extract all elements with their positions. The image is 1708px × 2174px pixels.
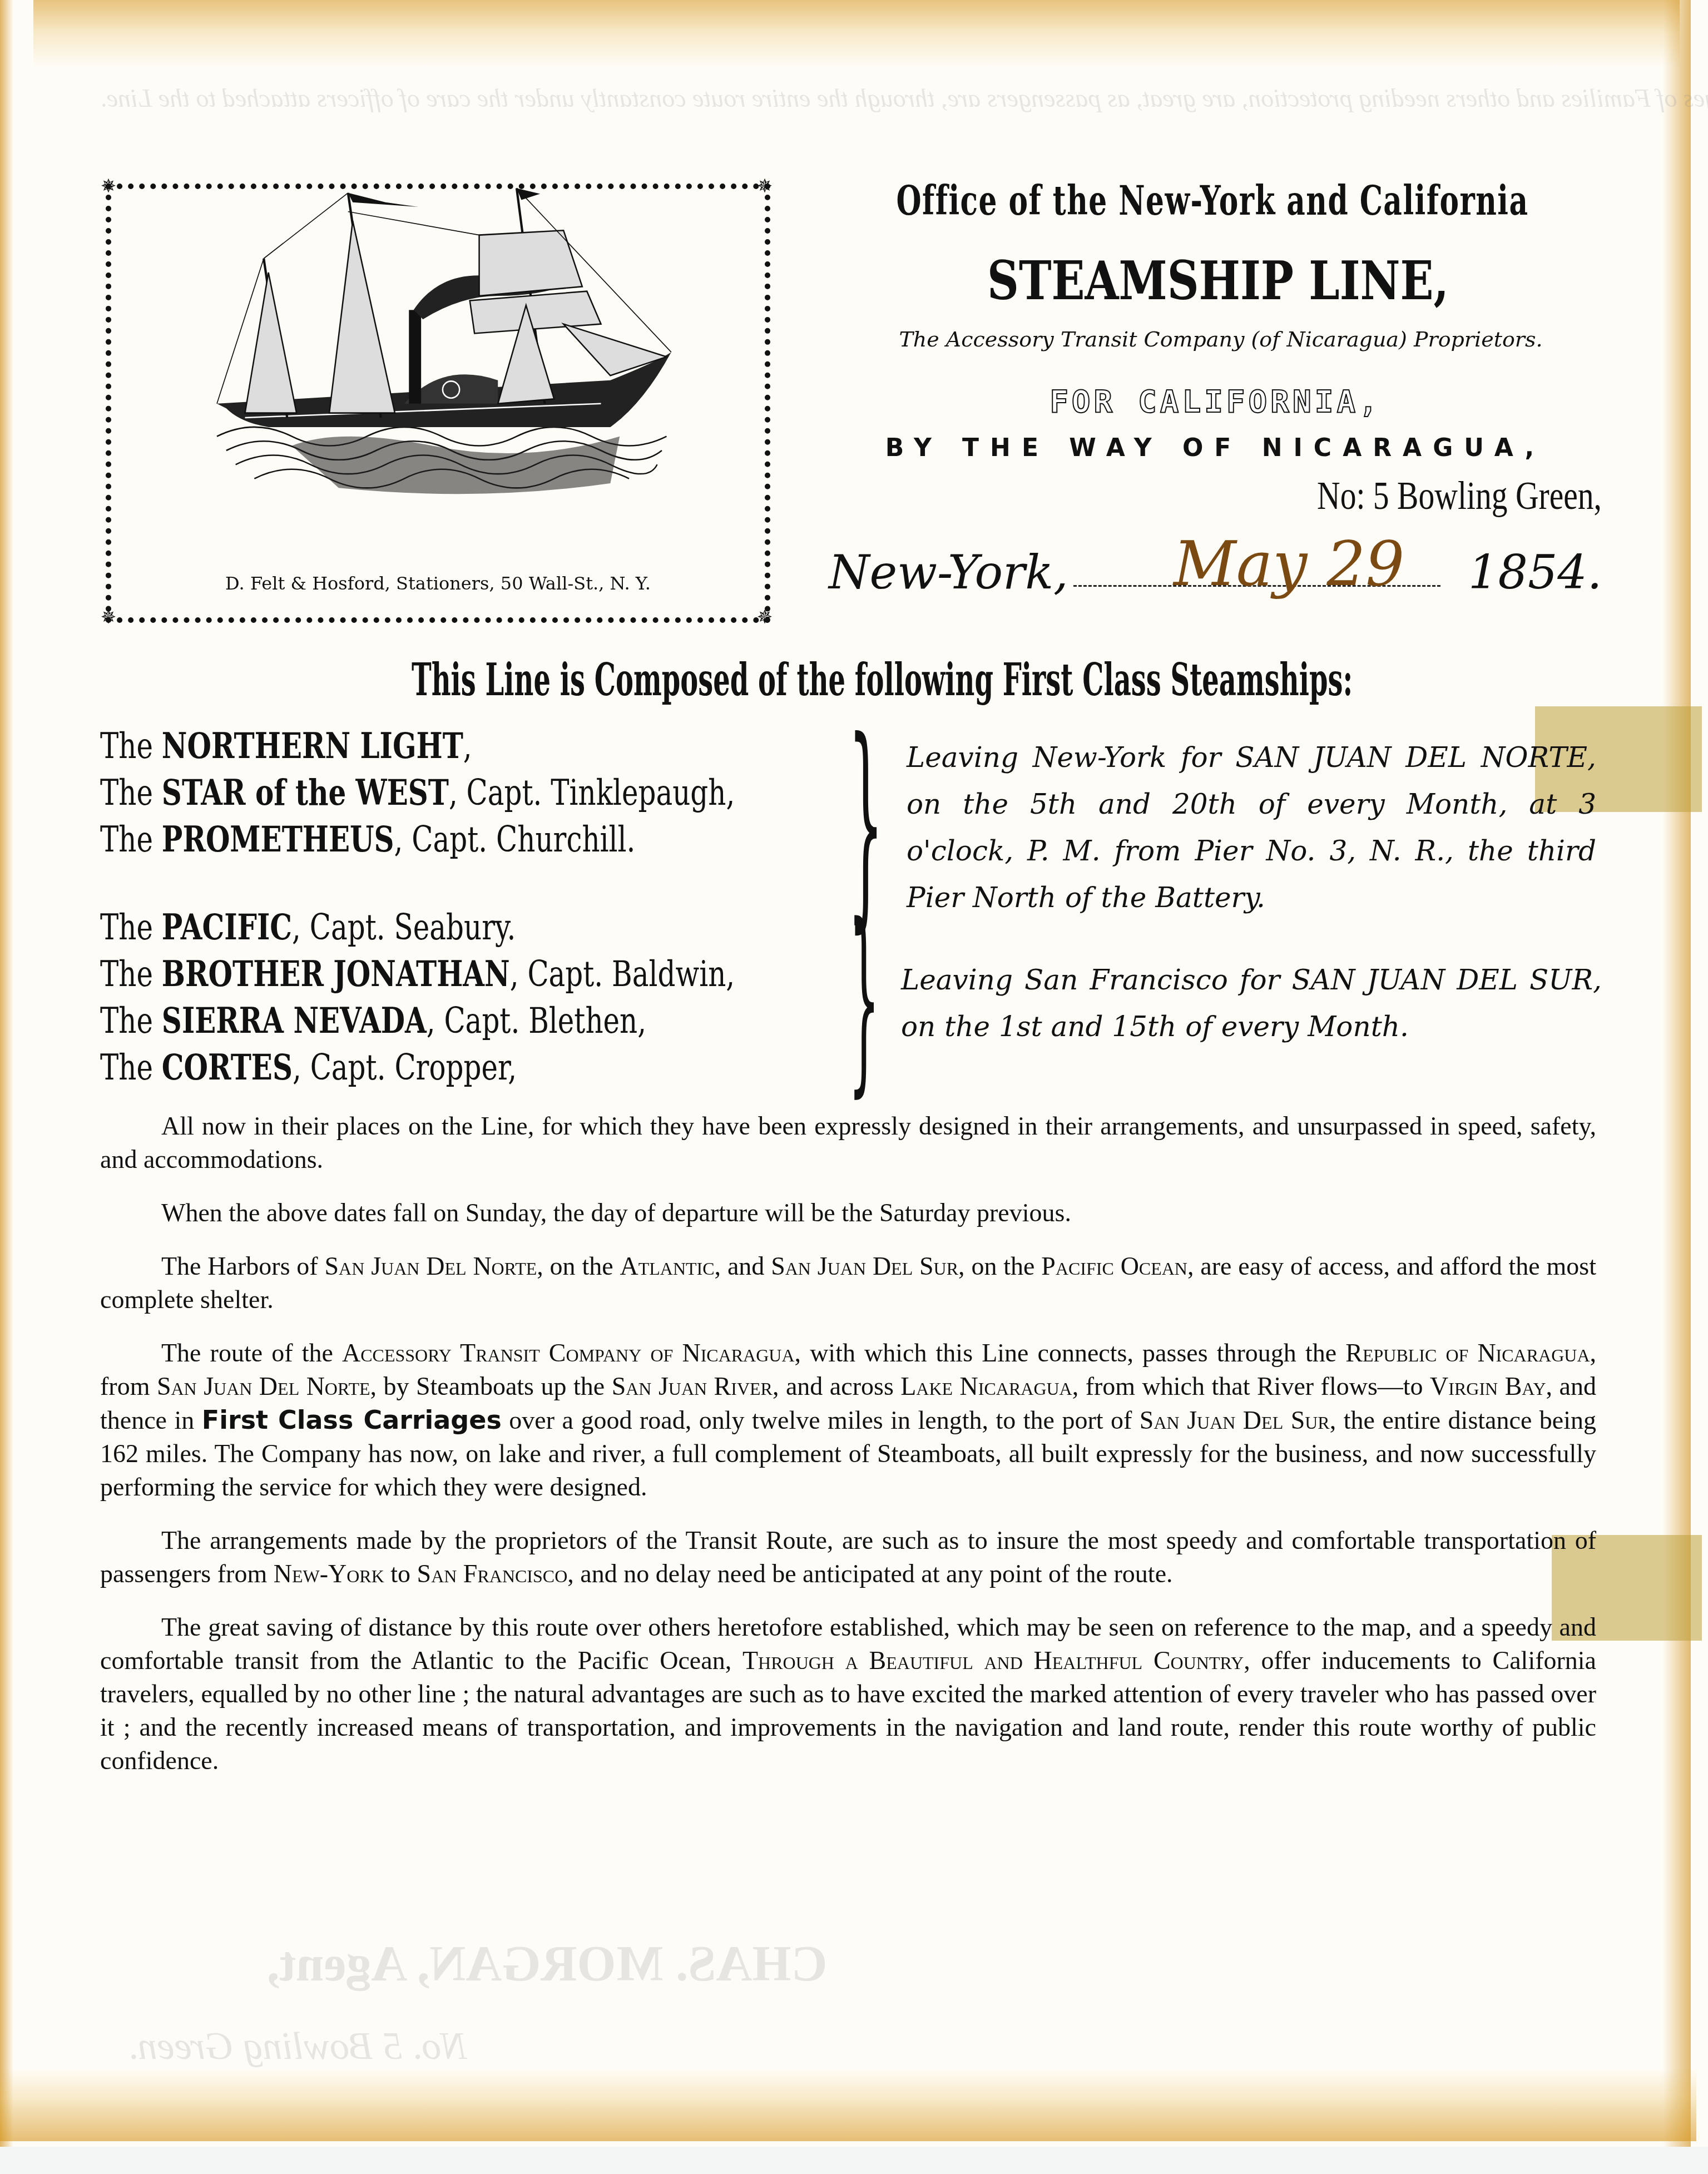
steamship-engraving-icon [161, 184, 717, 539]
paragraph-sunday-rule: When the above dates fall on Sunday, the… [100, 1196, 1596, 1230]
body-text: All now in their places on the Line, for… [100, 1110, 1596, 1797]
paragraph-harbors: The Harbors of San Juan Del Norte, on th… [100, 1250, 1596, 1316]
ship-entry: The PACIFIC, Capt. Seabury. [100, 904, 707, 951]
edge-stain-bottom [0, 2069, 1696, 2141]
office-address: No: 5 Bowling Green, [1121, 473, 1602, 519]
show-through-line: The advantages of Families and others ne… [100, 83, 1708, 113]
ship-list: The NORTHERN LIGHT, The STAR of the WEST… [100, 723, 879, 1091]
edge-stain-top [33, 0, 1680, 67]
document-sheet: The advantages of Families and others ne… [0, 0, 1708, 2174]
show-through-agent: CHAS. MORGAN, Agent, [267, 1935, 828, 1993]
frame-corner-ornament-icon: ✵ [755, 177, 774, 196]
proprietors-line: The Accessory Transit Company (of Nicara… [829, 327, 1613, 351]
handwritten-date: May 29 [1174, 528, 1404, 600]
engraver-credit: D. Felt & Hosford, Stationers, 50 Wall-S… [111, 573, 765, 594]
edge-stain-right [1663, 0, 1691, 2147]
route-line: BY THE WAY OF NICARAGUA, [818, 434, 1613, 462]
brace-icon: } [848, 898, 880, 1098]
date-city: New-York, [829, 545, 1068, 600]
ship-entry: The CORTES, Capt. Cropper, [100, 1044, 707, 1091]
date-line: New-York, May 29 1854. [829, 534, 1607, 623]
date-year: 1854. [1468, 545, 1602, 600]
paragraph-ships-description: All now in their places on the Line, for… [100, 1110, 1596, 1176]
show-through-agent-address: No. 5 Bowling Green. [128, 2024, 467, 2069]
atlantic-schedule: Leaving New-York for SAN JUAN DEL NORTE,… [907, 734, 1596, 921]
ship-entry: The PROMETHEUS, Capt. Churchill. [100, 816, 707, 863]
ship-entry: The SIERRA NEVADA, Capt. Blethen, [100, 998, 707, 1044]
frame-corner-ornament-icon: ✵ [755, 608, 774, 627]
office-heading: Office of the New-York and California [818, 177, 1607, 224]
ship-entry: The STAR of the WEST, Capt. Tinklepaugh, [100, 770, 707, 816]
paragraph-distance-saving: The great saving of distance by this rou… [100, 1611, 1596, 1777]
paragraph-arrangements: The arrangements made by the proprietors… [100, 1524, 1596, 1591]
pacific-schedule: Leaving San Francisco for SAN JUAN DEL S… [901, 957, 1602, 1050]
ship-entry: The BROTHER JONATHAN, Capt. Baldwin, [100, 951, 707, 998]
edge-stain-left [0, 0, 13, 2147]
paragraph-route: The route of the Accessory Transit Compa… [100, 1336, 1596, 1504]
frame-corner-ornament-icon: ✵ [99, 608, 118, 627]
for-california-line: FOR CALIFORNIA, [823, 384, 1607, 420]
frame-corner-ornament-icon: ✵ [99, 177, 118, 196]
ship-entry: The NORTHERN LIGHT, [100, 723, 707, 770]
scan-background [0, 2147, 1708, 2174]
engraving-frame: D. Felt & Hosford, Stationers, 50 Wall-S… [106, 184, 770, 623]
steamship-line-title: STEAMSHIP LINE, [922, 249, 1514, 312]
